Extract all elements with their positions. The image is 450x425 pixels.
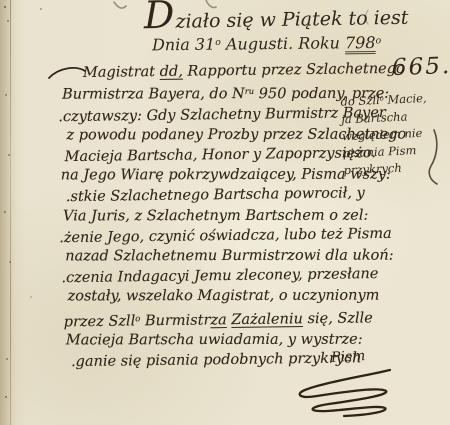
manuscript-line: zostały, wszelako Magistrat, o uczyniony…	[68, 286, 399, 307]
margin-flourish	[424, 128, 440, 186]
folio-number: 665.	[392, 53, 450, 81]
catchword: Pism	[331, 348, 366, 366]
page-fold-line	[10, 0, 11, 425]
manuscript-line: .stkie Szlachetnego Bartscha powrocił, y	[66, 183, 398, 208]
manuscript-line: .żenie Jego, czynić oświadcza, lubo też …	[59, 224, 398, 249]
binding-gutter	[0, 0, 16, 425]
paraph-flourish	[292, 366, 396, 418]
manuscript-line: Dnia 31o Augusti. Roku 798o	[152, 33, 408, 55]
heading: Działo się w Piątek to iestDnia 31o Augu…	[128, 8, 408, 53]
manuscript-line: Via Juris, z Szlachetnym Bartschem o zel…	[63, 205, 398, 226]
manuscript-line: Magistrat dd, Rapportu przez Szlachetneg…	[83, 59, 397, 83]
manuscript-line: Działo się w Piątek to iest	[144, 6, 408, 34]
manuscript-line: przez Szllo Burmistrza Zażaleniu się, Sz…	[64, 304, 399, 332]
manuscript-page: Działo się w Piątek to iestDnia 31o Augu…	[0, 0, 450, 425]
